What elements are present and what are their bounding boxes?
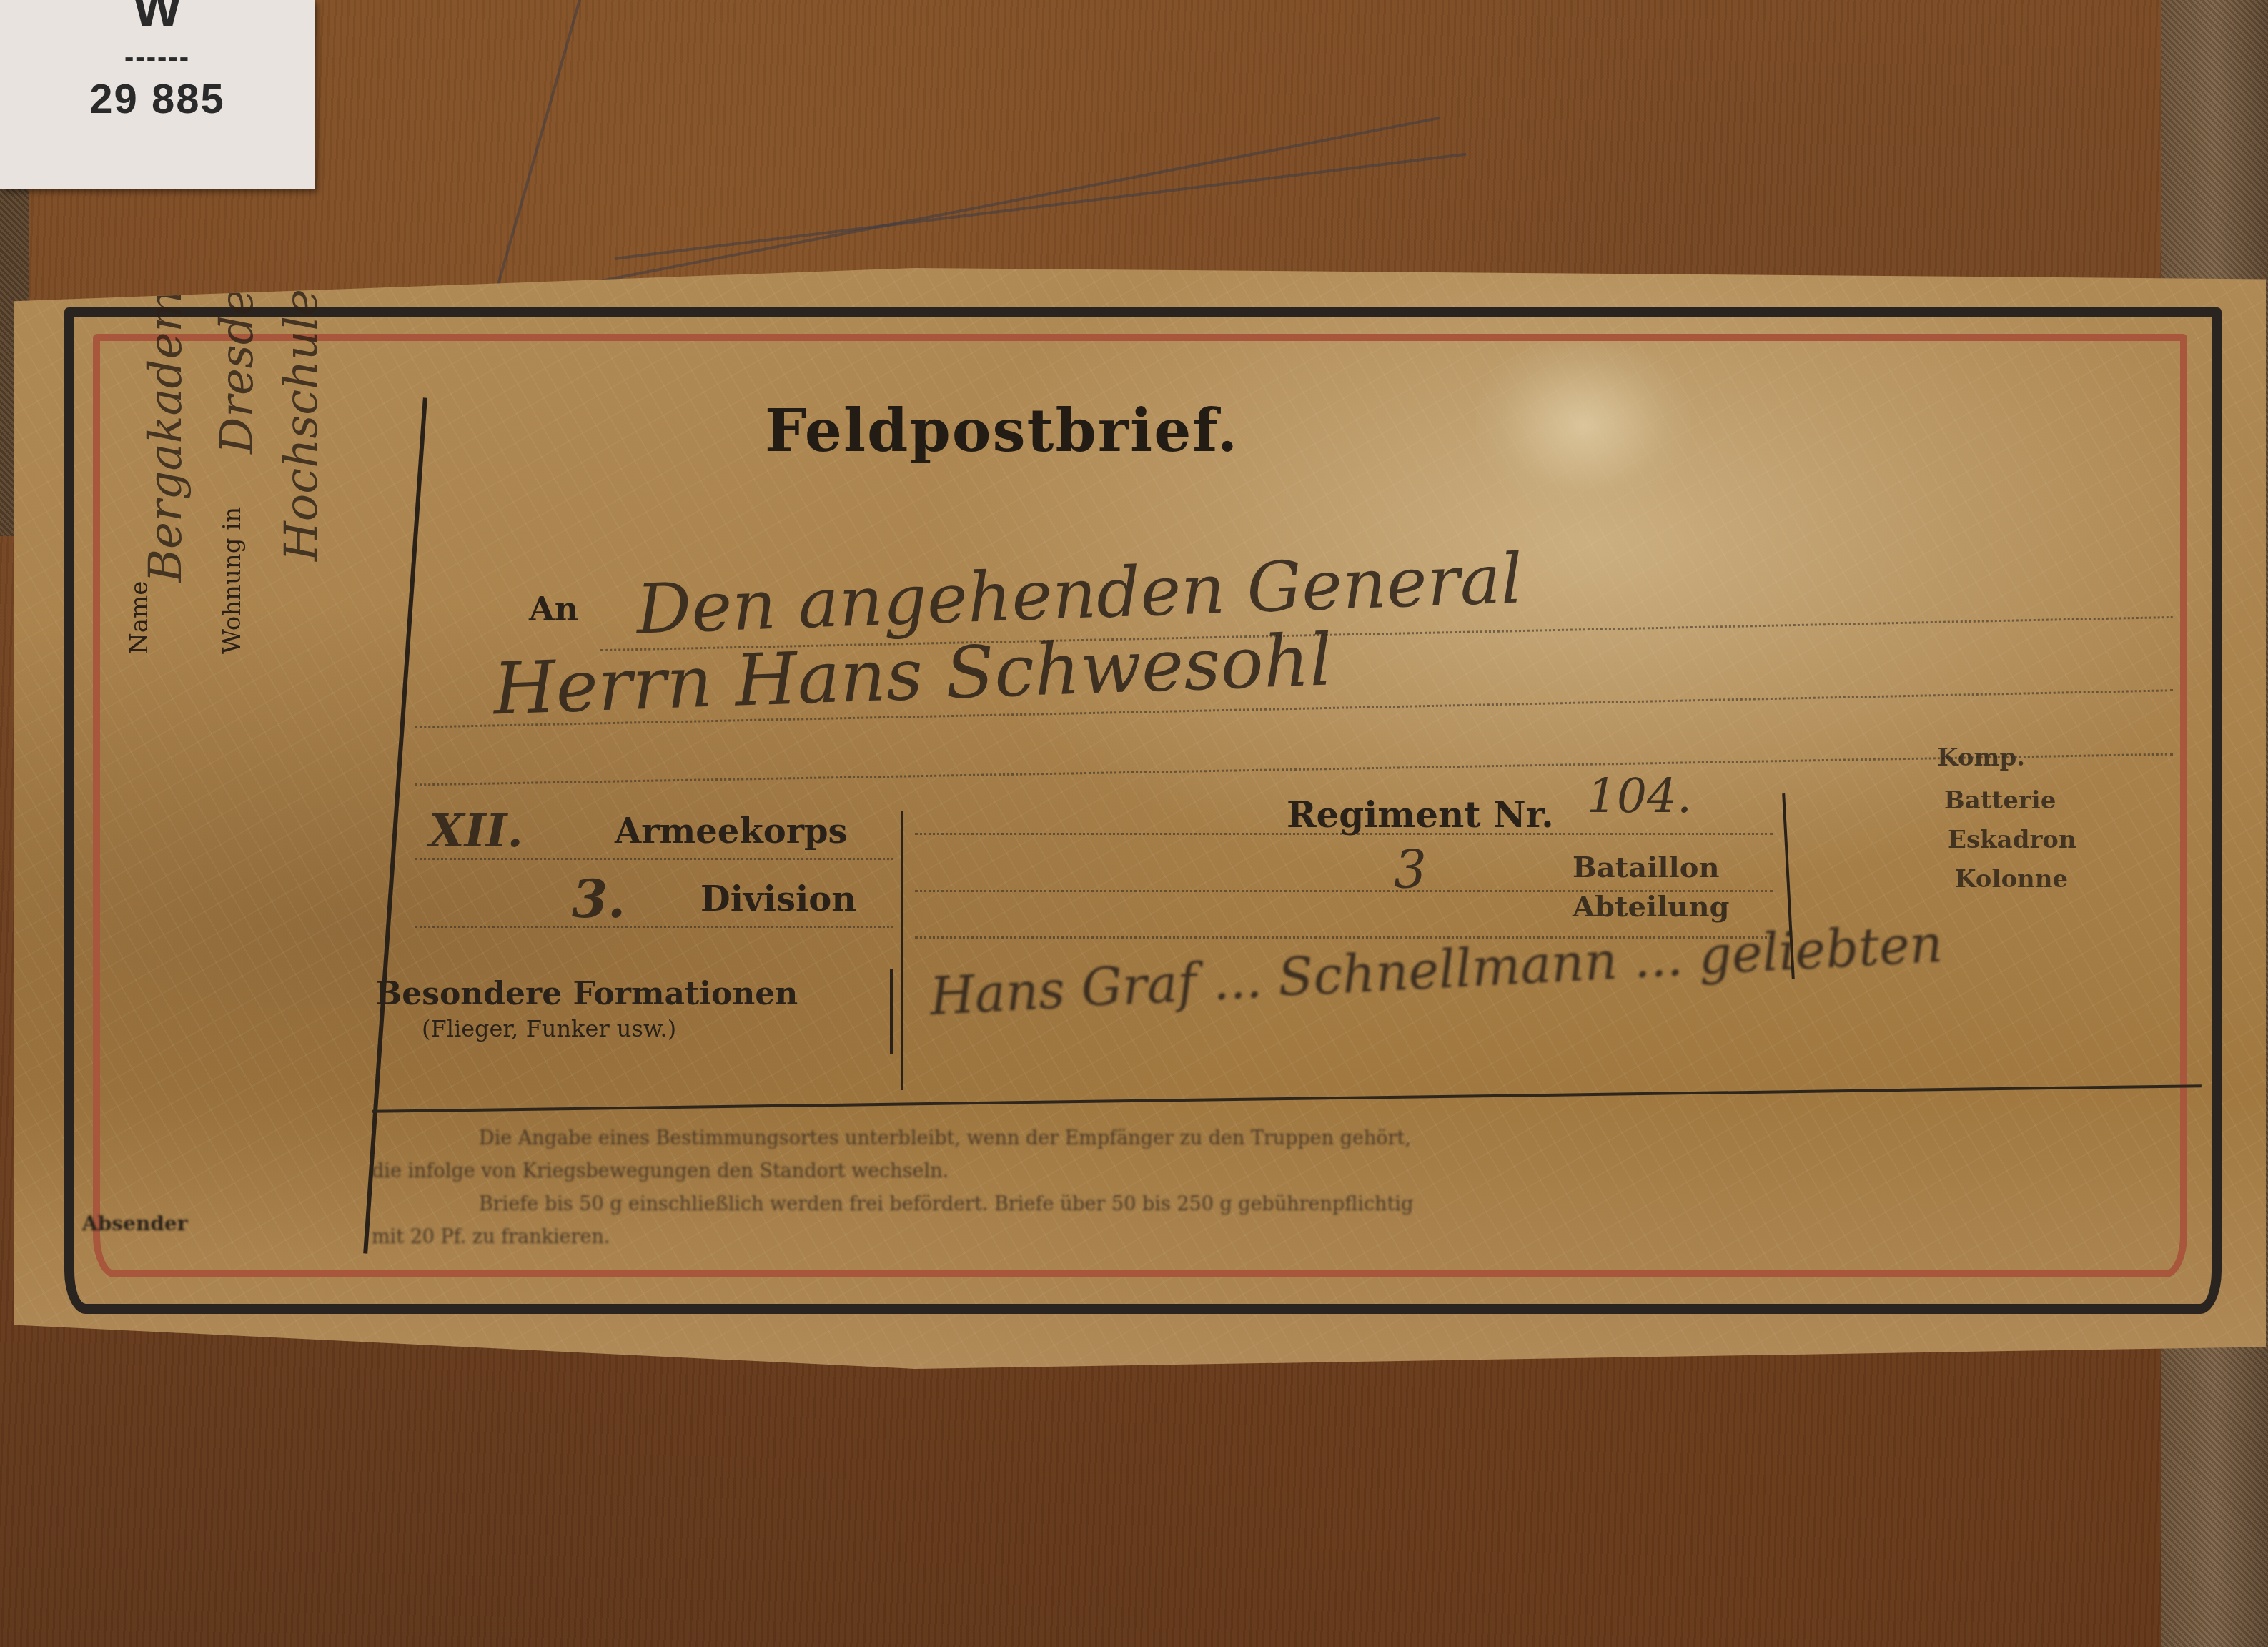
division-label: Division <box>700 879 856 919</box>
regiment-value: 104. <box>1587 768 1692 823</box>
sender-bottom-print: Absender <box>82 1212 187 1235</box>
formations-bracket <box>890 969 893 1054</box>
abteilung-label: Abteilung <box>1573 890 1729 924</box>
company-label-eskadron: Eskadron <box>1948 826 2076 854</box>
bataillon-label: Bataillon <box>1573 851 1719 884</box>
footnote-line: Briefe bis 50 g einschließlich werden fr… <box>372 1188 2216 1221</box>
sender-label-residence: Wohnung in <box>218 507 247 654</box>
feldpostbrief-label: Feldpostbrief. Straße Nr. Wohnung in Nam… <box>14 268 2266 1369</box>
company-label-batterie: Batterie <box>1944 786 2056 815</box>
footnote-line: mit 20 Pf. zu frankieren. <box>372 1221 2216 1254</box>
sender-handwriting-line2: Dresden ... <box>211 201 264 454</box>
catalog-number: 29 885 <box>0 75 315 123</box>
recipient-prefix: An <box>529 590 578 628</box>
catalog-letter: W <box>0 0 315 39</box>
company-label-komp: Komp. <box>1937 743 2025 772</box>
pencil-line <box>492 0 605 302</box>
unit-divider <box>901 811 903 1090</box>
sender-label-street: Straße Nr. <box>350 25 379 154</box>
unit-dotted-line <box>915 833 1773 835</box>
sender-handwriting-line3: Hochschule ... <box>275 231 328 561</box>
footnote-line: Die Angabe eines Bestimmungsortes unterb… <box>372 1122 2216 1155</box>
division-value: 3. <box>572 869 625 929</box>
regiment-label: Regiment Nr. <box>1287 793 1554 836</box>
special-formations-label: Besondere Formationen <box>375 976 798 1012</box>
armeekorps-value: XII. <box>429 804 523 858</box>
special-formations-sublabel: (Flieger, Funker usw.) <box>422 1015 676 1042</box>
catalog-sticker: W ------ 29 885 <box>0 0 315 189</box>
sender-label-name: Name <box>125 581 154 654</box>
unit-dotted-line <box>415 926 893 928</box>
unit-dotted-line <box>915 890 1773 892</box>
card-title: Feldpostbrief. <box>765 397 1239 465</box>
unit-dotted-line <box>415 858 893 860</box>
catalog-divider: ------ <box>0 41 315 74</box>
company-label-kolonne: Kolonne <box>1955 865 2068 894</box>
footnote-text: Die Angabe eines Bestimmungsortes unterb… <box>372 1122 2216 1254</box>
footnote-line: die infolge von Kriegsbewegungen den Sta… <box>372 1155 2216 1188</box>
armeekorps-label: Armeekorps <box>615 811 848 851</box>
pencil-line <box>615 153 1467 260</box>
